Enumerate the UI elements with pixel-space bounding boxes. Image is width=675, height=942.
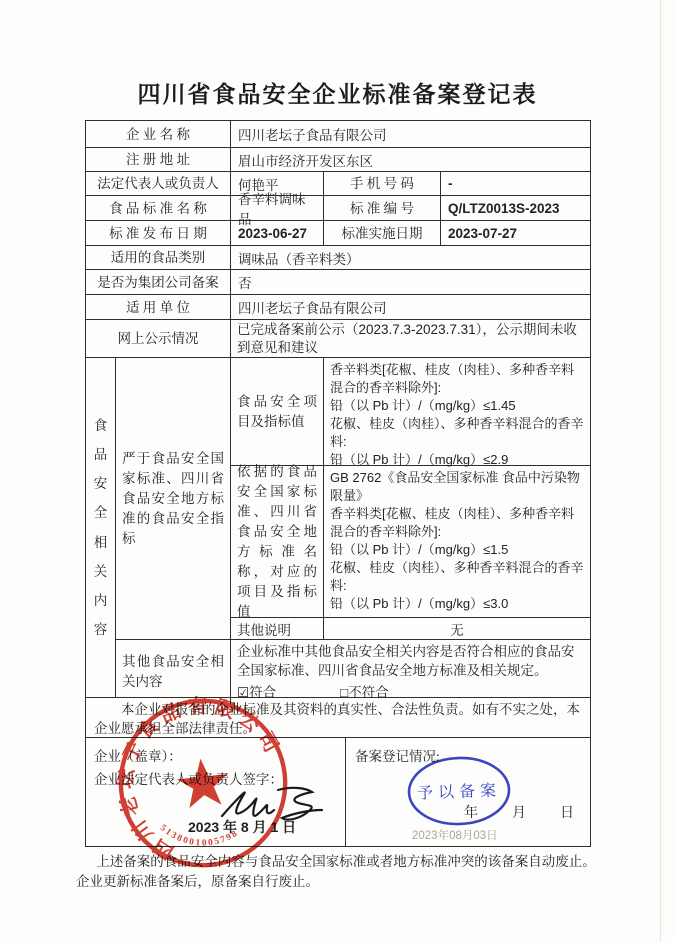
publicity-label: 网上公示情况 xyxy=(86,320,231,357)
basis-subrow: 依据的食品安全国家标准、四川省食品安全地方标准名称，对应的项目及指标值 GB 2… xyxy=(231,466,590,618)
table-row: 注 册 地 址 眉山市经济开发区东区 xyxy=(86,148,590,172)
phone-label: 手 机 号 码 xyxy=(324,172,441,195)
company-name-label: 企 业 名 称 xyxy=(86,121,231,147)
applicable-unit-value: 四川老坛子食品有限公司 xyxy=(231,295,590,319)
address-label: 注 册 地 址 xyxy=(86,148,231,171)
table-row: 标 准 发 布 日 期 2023-06-27 标准实施日期 2023-07-27 xyxy=(86,221,590,246)
std-name-label: 食 品 标 准 名 称 xyxy=(86,196,231,220)
safety-content-block: 食品安全相关内容 严于食品安全国家标准、四川省食品安全地方标准的食品安全指标 食… xyxy=(86,358,590,698)
other-safety-text: 企业标准中其他食品安全相关内容是否符合相应的食品安全国家标准、四川省食品安全地方… xyxy=(231,640,590,680)
item-label: 食品安全项目及指标值 xyxy=(231,358,324,465)
basis-label: 依据的食品安全国家标准、四川省食品安全地方标准名称，对应的项目及指标值 xyxy=(231,466,324,617)
table-row: 网上公示情况 已完成备案前公示（2023.7.3-2023.7.31），公示期间… xyxy=(86,320,590,358)
blue-approval-stamp: 予以备案 xyxy=(404,751,515,831)
table-row: 食 品 标 准 名 称 香辛料调味品 标 准 编 号 Q/LTZ0013S-20… xyxy=(86,196,590,221)
company-name-value: 四川老坛子食品有限公司 xyxy=(231,121,590,147)
impl-date-label: 标准实施日期 xyxy=(324,221,441,245)
item-value: 香辛料类[花椒、桂皮（肉桂）、多种香辛料混合的香辛料除外]: 铅（以 Pb 计）… xyxy=(324,358,590,465)
food-category-label: 适用的食品类别 xyxy=(86,246,231,269)
phone-value: - xyxy=(441,172,590,195)
basis-value: GB 2762《食品安全国家标准 食品中污染物限量》 香辛料类[花椒、桂皮（肉桂… xyxy=(324,466,590,617)
publish-date-value: 2023-06-27 xyxy=(231,221,324,245)
stricter-subrows: 食品安全项目及指标值 香辛料类[花椒、桂皮（肉桂）、多种香辛料混合的香辛料除外]… xyxy=(231,358,590,639)
scan-edge-line xyxy=(660,0,661,942)
page-title: 四川省食品安全企业标准备案登记表 xyxy=(0,76,675,109)
table-row: 适用的食品类别 调味品（香辛料类） xyxy=(86,246,590,270)
table-row: 企 业 名 称 四川老坛子食品有限公司 xyxy=(86,121,590,148)
stricter-group: 严于食品安全国家标准、四川省食品安全地方标准的食品安全指标 食品安全项目及指标值… xyxy=(116,358,590,640)
item-subrow: 食品安全项目及指标值 香辛料类[花椒、桂皮（肉桂）、多种香辛料混合的香辛料除外]… xyxy=(231,358,590,466)
std-name-value: 香辛料调味品 xyxy=(231,196,324,220)
other-note-value: 无 xyxy=(324,618,590,640)
stricter-label: 严于食品安全国家标准、四川省食品安全地方标准的食品安全指标 xyxy=(116,358,231,639)
table-row: 适 用 单 位 四川老坛子食品有限公司 xyxy=(86,295,590,320)
std-number-value: Q/LTZ0013S-2023 xyxy=(441,196,590,220)
address-value: 眉山市经济开发区东区 xyxy=(231,148,590,171)
publicity-value: 已完成备案前公示（2023.7.3-2023.7.31），公示期间未收到意见和建… xyxy=(231,320,590,357)
group-filing-value: 否 xyxy=(231,270,590,294)
group-filing-label: 是否为集团公司备案 xyxy=(86,270,231,294)
handwritten-signature xyxy=(218,780,328,826)
table-row: 法定代表人或负责人 何艳平 手 机 号 码 - xyxy=(86,172,590,196)
legal-rep-label: 法定代表人或负责人 xyxy=(86,172,231,195)
applicable-unit-label: 适 用 单 位 xyxy=(86,295,231,319)
std-number-label: 标 准 编 号 xyxy=(324,196,441,220)
impl-date-value: 2023-07-27 xyxy=(441,221,590,245)
food-category-value: 调味品（香辛料类） xyxy=(231,246,590,269)
approval-stamp-text: 予以备案 xyxy=(417,782,502,803)
other-note-label: 其他说明 xyxy=(231,618,324,640)
publish-date-label: 标 准 发 布 日 期 xyxy=(86,221,231,245)
table-row: 是否为集团公司备案 否 xyxy=(86,270,590,295)
document-page: 四川省食品安全企业标准备案登记表 企 业 名 称 四川老坛子食品有限公司 注 册… xyxy=(0,0,675,942)
safety-side-label: 食品安全相关内容 xyxy=(86,358,116,697)
other-note-subrow: 其他说明 无 xyxy=(231,618,590,640)
safety-block-right: 严于食品安全国家标准、四川省食品安全地方标准的食品安全指标 食品安全项目及指标值… xyxy=(116,358,590,697)
